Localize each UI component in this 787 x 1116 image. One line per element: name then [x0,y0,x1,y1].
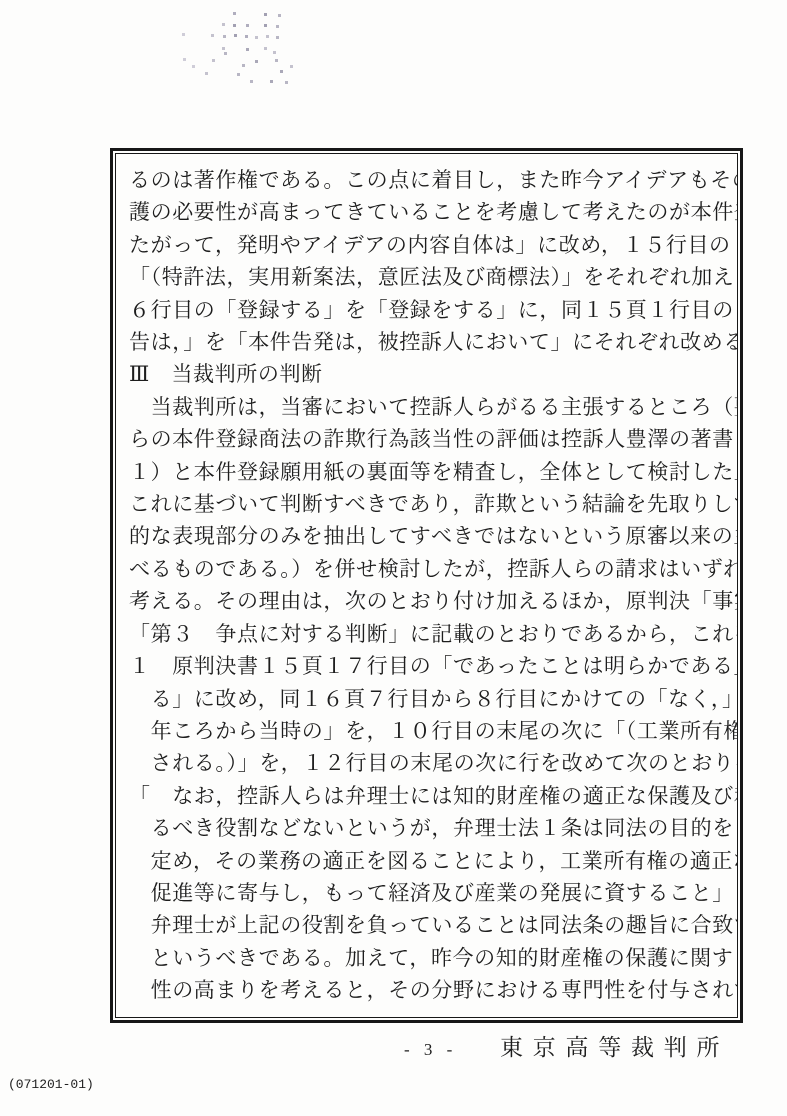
document-line: るべき役割などないというが，弁理士法１条は同法の目的を「弁理士の制度を [129,812,734,844]
document-line: 護の必要性が高まってきていることを考慮して考えたのが本件登録である。し [129,196,734,228]
document-line: 「第３ 争点に対する判断」に記載のとおりであるから，これを引用する。 [129,618,734,650]
document-line: たがって，発明やアイデアの内容自体は」に改め，１５行目の「各法」の次に [129,229,734,261]
dot-matrix-stamp-icon [0,0,3,3]
document-line: 的な表現部分のみを抽出してすべきではないという原審以来の主張を敷衍して述 [129,520,734,552]
document-line: べるものである。）を併せ検討したが，控訴人らの請求はいずれも理由がないと [129,553,734,585]
document-line: 定め，その業務の適正を図ることにより，工業所有権の適正な保護及び利用の [129,845,734,877]
court-name: 東 京 高 等 裁 判 所 [500,1029,722,1062]
document-line: 考える。その理由は，次のとおり付け加えるほか，原判決「事実及び理由」中の [129,585,734,617]
document-line: 年ころから当時の」を，１０行目の末尾の次に「（工業所有権と著作権に大別 [129,715,734,747]
document-line: 弁理士が上記の役割を負っていることは同法条の趣旨に合致する合理的な解釈 [129,909,734,941]
document-line: らの本件登録商法の詐欺行為該当性の評価は控訴人豊澤の著書（甲１９ないし２ [129,423,734,455]
page-number: - 3 - [404,1040,457,1060]
document-text-frame: るのは著作権である。この点に着目し，また昨今アイデアもその表現形態の保護の必要性… [110,148,743,1023]
document-line: 「（特許法，実用新案法，意匠法及び商標法）」をそれぞれ加え，同１３頁１ [129,261,734,293]
document-line: これに基づいて判断すべきであり，詐欺という結論を先取りしてこれに沿う断片 [129,488,734,520]
document-line: というべきである。加えて，昨今の知的財産権の保護に関する法的整備の重要 [129,942,734,974]
document-line: 告は，」を「本件告発は，被控訴人において」にそれぞれ改める。 [129,326,734,358]
document-line: Ⅲ 当裁判所の判断 [129,358,734,390]
document-line: る」に改め，同１６頁７行目から８行目にかけての「なく，」の次に「平成７ [129,683,734,715]
document-body: るのは著作権である。この点に着目し，また昨今アイデアもその表現形態の保護の必要性… [115,153,738,1018]
document-line: るのは著作権である。この点に着目し，また昨今アイデアもその表現形態の保 [129,164,734,196]
document-line: 「 なお，控訴人らは弁理士には知的財産権の適正な保護及び利用の促進に資す [129,780,734,812]
document-line: １）と本件登録願用紙の裏面等を精査し，全体として検討した上で事実を認定し [129,456,734,488]
document-line: 性の高まりを考えると，その分野における専門性を付与されている弁理士に単 [129,974,734,1006]
document-code: (071201-01) [8,1077,94,1092]
document-line: される。）」を，１２行目の末尾の次に行を改めて次のとおりそれぞれ加える。 [129,747,734,779]
document-line: １ 原判決書１５頁１７行目の「であったことは明らかである」を「と認められ [129,650,734,682]
scanned-court-document-page: るのは著作権である。この点に着目し，また昨今アイデアもその表現形態の保護の必要性… [0,0,787,1116]
document-line: 当裁判所は，当審において控訴人らがるる主張するところ（要するに，控訴人 [129,391,734,423]
document-line: 促進等に寄与し，もって経済及び産業の発展に資すること」と明記しており， [129,877,734,909]
document-line: ６行目の「登録する」を「登録をする」に，同１５頁１行目の「本件では，被 [129,294,734,326]
